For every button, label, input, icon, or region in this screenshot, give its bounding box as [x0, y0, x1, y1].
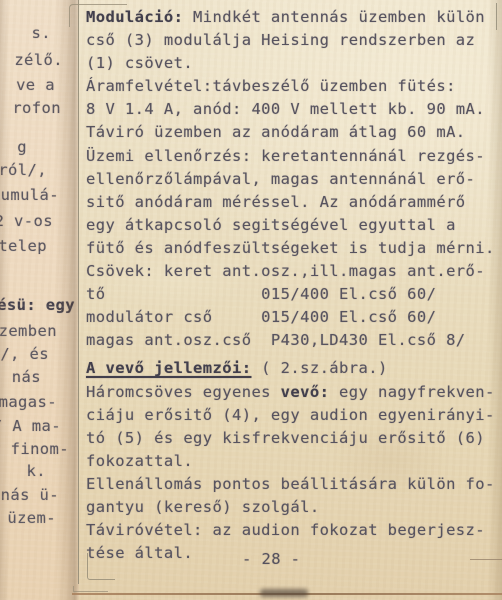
- page-number: - 28 -: [242, 550, 300, 568]
- text-line: Moduláció: Mindkét antennás üzemben külö…: [86, 6, 500, 29]
- text-segment: tő 015/400 El.cső 60/: [86, 285, 436, 303]
- margin-text-fragment: g: [17, 138, 27, 156]
- text-line: Háromcsöves egyenes vevő: egy nagyfrekve…: [86, 381, 500, 404]
- margin-text-fragment: nnás ü-: [0, 486, 59, 504]
- margin-text-fragment: /, és: [0, 345, 49, 363]
- text-segment: Háromcsöves egyenes: [86, 383, 281, 401]
- margin-text-fragment: k.: [27, 462, 46, 480]
- border-corner-mark-bottom-outer: [73, 586, 108, 592]
- margin-text-fragment: magas-: [0, 393, 57, 411]
- text-segment: tése által.: [86, 544, 193, 562]
- text-line: cső (3) modulálja Heising rendszerben az: [86, 29, 500, 52]
- text-line: gantyu (kereső) szolgál.: [86, 496, 500, 519]
- adjacent-page-column: s.zélő.ve arofongról/,kumulá-2 v-ostelep…: [0, 0, 79, 600]
- text-line: (1) csövet.: [86, 52, 500, 75]
- margin-text-fragment: rofon: [12, 99, 61, 117]
- text-line: fütő és anódfeszültségeket is tudja mérn…: [86, 237, 500, 260]
- margin-text-fragment: ve a: [16, 76, 55, 94]
- text-line: Táviró üzemben az anódáram átlag 60 mA.: [86, 121, 500, 144]
- text-segment: Táviróvétel: az audion fokozat begerjesz…: [86, 521, 485, 539]
- text-segment: egy átkapcsoló segitségével egyuttal a: [86, 216, 456, 234]
- text-segment: Moduláció:: [86, 8, 183, 26]
- margin-text-fragment: y finom-: [0, 440, 69, 458]
- text-segment: cső (3) modulálja Heising rendszerben az: [86, 31, 475, 49]
- text-line: sitő anódáram méréssel. Az anódárammérő: [86, 191, 500, 214]
- text-line: A vevő jellemzői: ( 2.sz.ábra.): [86, 357, 500, 380]
- text-segment: ellenőrzőlámpával, magas antennánál erő-: [86, 170, 475, 188]
- margin-text-fragment: ról/,: [0, 161, 47, 179]
- text-segment: modulátor cső 015/400 El.cső 60/: [86, 308, 436, 326]
- text-line: Csövek: keret ant.osz.,ill.magas ant.erő…: [86, 260, 500, 283]
- text-segment: gantyu (kereső) szolgál.: [86, 498, 320, 516]
- margin-text-fragment: s.: [32, 24, 51, 42]
- text-segment: sitő anódáram méréssel. Az anódárammérő: [86, 193, 466, 211]
- text-segment: Táviró üzemben az anódáram átlag 60 mA.: [86, 123, 466, 141]
- text-segment: ( 2.sz.ábra.): [251, 359, 387, 377]
- text-line: modulátor cső 015/400 El.cső 60/: [86, 306, 500, 329]
- text-segment: vevő:: [281, 383, 330, 401]
- margin-text-fragment: ésü: egy: [0, 296, 75, 314]
- text-segment: fütő és anódfeszültségeket is tudja mérn…: [86, 239, 495, 257]
- text-line: fokozattal.: [86, 450, 500, 473]
- text-segment: Áramfelvétel:távbeszélő üzemben fütés:: [86, 77, 456, 95]
- text-segment: A vevő jellemzői:: [86, 359, 251, 377]
- scanned-page: { "document": { "main_text": { "lines": …: [0, 0, 502, 600]
- text-line: tó (5) és egy kisfrekvenciáju erősitő (6…: [86, 427, 500, 450]
- text-line: magas ant.osz.cső P430,LD430 El.cső 8/: [86, 329, 500, 352]
- margin-text-fragment: kumulá-: [0, 186, 59, 204]
- margin-text-fragment: 2 v-os: [0, 212, 53, 230]
- text-segment: Csövek: keret ant.osz.,ill.magas ant.erő…: [86, 262, 485, 280]
- text-segment: tó (5) és egy kisfrekvenciáju erősitő (6…: [86, 429, 485, 447]
- text-line: tő 015/400 El.cső 60/: [86, 283, 500, 306]
- margin-text-fragment: nás: [12, 368, 41, 386]
- text-segment: Ellenállomás pontos beállitására külön f…: [86, 475, 495, 493]
- text-segment: egy nagyfrekven-: [329, 383, 494, 401]
- margin-text-fragment: / A ma-: [0, 417, 61, 435]
- text-line: egy átkapcsoló segitségével egyuttal a: [86, 214, 500, 237]
- text-segment: Mindkét antennás üzemben külön: [183, 8, 485, 26]
- text-line: Ellenállomás pontos beállitására külön f…: [86, 473, 500, 496]
- margin-text-fragment: zélő.: [14, 51, 63, 69]
- text-segment: 8 V 1.4 A, anód: 400 V mellett kb. 90 mA…: [86, 100, 485, 118]
- text-line: Üzemi ellenőrzés: keretantennánál rezgés…: [86, 145, 500, 168]
- margin-text-fragment: zemben: [0, 322, 57, 340]
- text-line: ciáju erősitő (4), egy audion egyenirány…: [86, 404, 500, 427]
- text-line: Áramfelvétel:távbeszélő üzemben fütés:: [86, 75, 500, 98]
- text-line: ellenőrzőlámpával, magas antennánál erő-: [86, 168, 500, 191]
- body-text: Moduláció: Mindkét antennás üzemben külö…: [86, 6, 500, 565]
- text-segment: Üzemi ellenőrzés: keretantennánál rezgés…: [86, 147, 485, 165]
- text-segment: fokozattal.: [86, 452, 193, 470]
- margin-rule-line: [78, 0, 79, 584]
- margin-text-fragment: telep: [0, 237, 47, 255]
- margin-text-fragment: s üzem-: [0, 509, 56, 527]
- text-line: 8 V 1.4 A, anód: 400 V mellett kb. 90 mA…: [86, 98, 500, 121]
- text-segment: magas ant.osz.cső P430,LD430 El.cső 8/: [86, 331, 466, 349]
- text-line: Táviróvétel: az audion fokozat begerjesz…: [86, 519, 500, 542]
- page-edge-smudge: [260, 589, 308, 597]
- text-segment: ciáju erősitő (4), egy audion egyenirány…: [86, 406, 495, 424]
- text-segment: (1) csövet.: [86, 54, 193, 72]
